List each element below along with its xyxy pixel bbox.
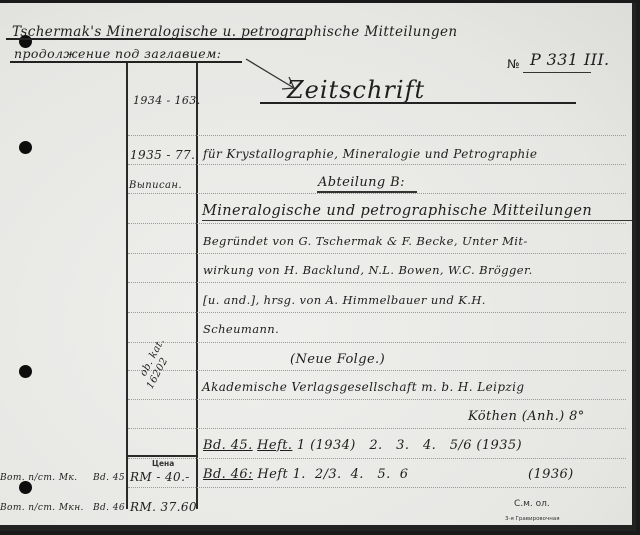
holding-45-volume: Bd. 45. bbox=[203, 438, 253, 453]
holding-volume-45: Bd. 45. Heft. 1 (1934) 2. 3. 4. 5/6 (193… bbox=[203, 438, 522, 453]
body-line-publisher: Akademische Verlagsgesellschaft m. b. H.… bbox=[202, 380, 524, 394]
holding-46-label: Heft bbox=[257, 467, 288, 482]
ruled-line bbox=[128, 164, 626, 165]
ruled-line bbox=[128, 223, 626, 224]
body-line-series: (Neue Folge.) bbox=[290, 352, 385, 367]
body-line-series-title: Mineralogische und petrographische Mitte… bbox=[202, 203, 592, 219]
footer-printer: 3-я Гравировочная bbox=[505, 516, 560, 522]
holding-46-year: (1936) bbox=[528, 467, 574, 482]
price-value-46: RM. 37.60 bbox=[130, 500, 197, 514]
price-section-divider bbox=[126, 455, 198, 457]
main-title: Zeitschrift bbox=[287, 76, 425, 104]
ruled-line bbox=[128, 428, 626, 429]
body-line-collaborators: wirkung von H. Backlund, N.L. Bowen, W.C… bbox=[203, 263, 533, 277]
ruled-line bbox=[128, 253, 626, 254]
body-line-editor-name: Scheumann. bbox=[203, 322, 279, 336]
scan-edge-right bbox=[632, 3, 636, 531]
ruled-line bbox=[128, 487, 626, 488]
main-title-underline bbox=[260, 102, 576, 104]
header-continuation-line: продолжение под заглавием: bbox=[14, 46, 221, 61]
margin-note-1: Вот. п/ст. Мк. bbox=[0, 473, 77, 483]
ruled-line bbox=[128, 370, 626, 371]
holding-45-label: Heft. bbox=[257, 438, 292, 453]
holding-46-issues: 1. 2/3. 4. 5. 6 bbox=[293, 467, 409, 482]
body-line-editors: [u. and.], hrsg. von A. Himmelbauer und … bbox=[203, 293, 486, 307]
ruled-line bbox=[128, 458, 626, 459]
punch-hole-lower bbox=[19, 365, 32, 378]
body-line-section: Abteilung B: bbox=[318, 175, 405, 190]
left-column-left-border bbox=[126, 63, 128, 509]
body-line-subtitle: für Krystallographie, Mineralogie und Pe… bbox=[203, 147, 537, 161]
catalog-number: P 331 III. bbox=[530, 50, 610, 69]
punch-hole-middle bbox=[19, 141, 32, 154]
price-volume-46: Bd. 46 bbox=[93, 503, 125, 513]
section-underline bbox=[317, 191, 417, 193]
holding-volume-46: Bd. 46: Heft 1. 2/3. 4. 5. 6 bbox=[203, 467, 408, 482]
ruled-line bbox=[128, 282, 626, 283]
ruled-line bbox=[128, 135, 626, 136]
scan-edge-bottom bbox=[0, 525, 636, 531]
footer-signature: С.м. ол. bbox=[514, 499, 550, 509]
left-column-right-border bbox=[196, 63, 198, 509]
left-entry-1935: 1935 - 77. bbox=[130, 148, 195, 162]
left-entry-1934: 1934 - 163. bbox=[133, 94, 201, 107]
ruled-line bbox=[128, 193, 626, 194]
price-header: Цена bbox=[152, 459, 174, 468]
header-underline bbox=[6, 38, 306, 40]
rotated-note: ob. kat. 16202 bbox=[138, 337, 179, 385]
margin-note-2: Вот. п/ст. Мкн. bbox=[0, 503, 84, 513]
price-volume-45: Bd. 45 bbox=[93, 473, 125, 483]
catalog-number-underline bbox=[523, 72, 591, 73]
left-entry-status: Выписан. bbox=[129, 180, 182, 191]
ruled-line bbox=[128, 342, 626, 343]
series-title-underline bbox=[202, 220, 634, 221]
ruled-line bbox=[128, 312, 626, 313]
body-line-place-format: Köthen (Anh.) 8° bbox=[468, 409, 585, 424]
holding-46-volume: Bd. 46: bbox=[203, 467, 253, 482]
catalog-number-label: № bbox=[507, 57, 520, 71]
catalog-card: Tschermak's Mineralogische u. petrograph… bbox=[0, 3, 636, 531]
holding-45-issues: 1 (1934) 2. 3. 4. 5/6 (1935) bbox=[297, 438, 522, 453]
ruled-line bbox=[128, 399, 626, 400]
body-line-founders: Begründet von G. Tschermak & F. Becke, U… bbox=[203, 234, 528, 248]
price-value-45: RM - 40.- bbox=[130, 470, 190, 484]
